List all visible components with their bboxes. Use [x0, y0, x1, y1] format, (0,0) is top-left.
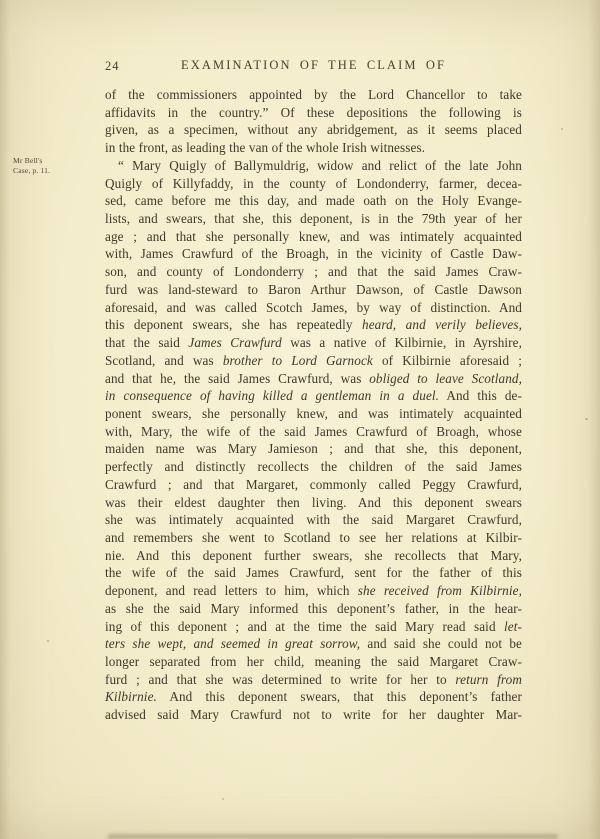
text-line: lists, and swears, that she, this depone… [105, 210, 522, 228]
text-line: ponent swears, she personally knew, and … [105, 405, 522, 423]
text-line: given, as a specimen, without any abridg… [105, 121, 522, 139]
text-line: Quigly of Killyfaddy, in the county of L… [105, 175, 522, 193]
text-line: “ Mary Quigly of Ballymuldrig, widow and… [105, 157, 522, 175]
page-right-edge-shading [588, 0, 600, 839]
margin-note-line2: Case, p. 11. [13, 166, 93, 176]
text-line: son, and county of Londonderry ; and tha… [105, 263, 522, 281]
text-line: maiden name was Mary Jamieson ; and that… [105, 440, 522, 458]
text-line: age ; and that she personally knew, and … [105, 228, 522, 246]
page-bottom-edge-shadow [108, 834, 558, 839]
text-line: perfectly and distinctly recollects the … [105, 458, 522, 476]
text-line: and that he, the said James Crawfurd, wa… [105, 370, 522, 388]
text-line: nie. And this deponent further swears, s… [105, 547, 522, 565]
text-line: deponent, and read letters to him, which… [105, 582, 522, 600]
text-line: affidavits in the country.” Of these dep… [105, 104, 522, 122]
page-left-edge-shading [0, 0, 10, 839]
book-page-scan: 24 EXAMINATION OF THE CLAIM OF Mr Bell's… [0, 0, 600, 839]
text-line: with, Mary, the wife of the said James C… [105, 423, 522, 441]
text-line: sed, came before me this day, and made o… [105, 192, 522, 210]
text-line: was their eldest daughter then living. A… [105, 494, 522, 512]
text-line: in consequence of having killed a gentle… [105, 387, 522, 405]
text-line: in the front, as leading the van of the … [105, 139, 522, 157]
text-line: that the said James Crawfurd was a nativ… [105, 334, 522, 352]
text-line: advised said Mary Crawfurd not to write … [105, 706, 522, 724]
text-line: longer separated from her child, meaning… [105, 653, 522, 671]
text-line: and remembers she went to Scotland to se… [105, 529, 522, 547]
deposition-body-text: of the commissioners appointed by the Lo… [105, 86, 522, 724]
paper-speck [47, 640, 49, 642]
text-line: ing of this deponent ; and at the time t… [105, 618, 522, 636]
running-header: 24 EXAMINATION OF THE CLAIM OF [105, 58, 522, 76]
page-number: 24 [105, 59, 120, 74]
text-line: furd was land-steward to Baron Arthur Da… [105, 281, 522, 299]
text-line: of the commissioners appointed by the Lo… [105, 86, 522, 104]
text-line: the wife of the said James Crawfurd, sen… [105, 564, 522, 582]
paper-speck [222, 798, 224, 800]
margin-note: Mr Bell's Case, p. 11. [13, 156, 93, 175]
running-header-title: EXAMINATION OF THE CLAIM OF [105, 58, 522, 73]
margin-note-line1: Mr Bell's [13, 156, 93, 166]
text-line: as she the said Mary informed this depon… [105, 600, 522, 618]
text-line: ters she wept, and seemed in great sorro… [105, 635, 522, 653]
text-line: Crawfurd ; and that Margaret, commonly c… [105, 476, 522, 494]
text-line: she was intimately acquainted with the s… [105, 511, 522, 529]
text-line: Scotland, and was brother to Lord Garnoc… [105, 352, 522, 370]
text-line: with, James Crawfurd of the Broagh, in t… [105, 245, 522, 263]
text-line: aforesaid, and was called Scotch James, … [105, 299, 522, 317]
text-line: this deponent swears, she has repeatedly… [105, 316, 522, 334]
paper-speck [561, 128, 563, 130]
text-line: furd ; and that she was determined to wr… [105, 671, 522, 689]
text-line: Kilbirnie. And this deponent swears, tha… [105, 688, 522, 706]
